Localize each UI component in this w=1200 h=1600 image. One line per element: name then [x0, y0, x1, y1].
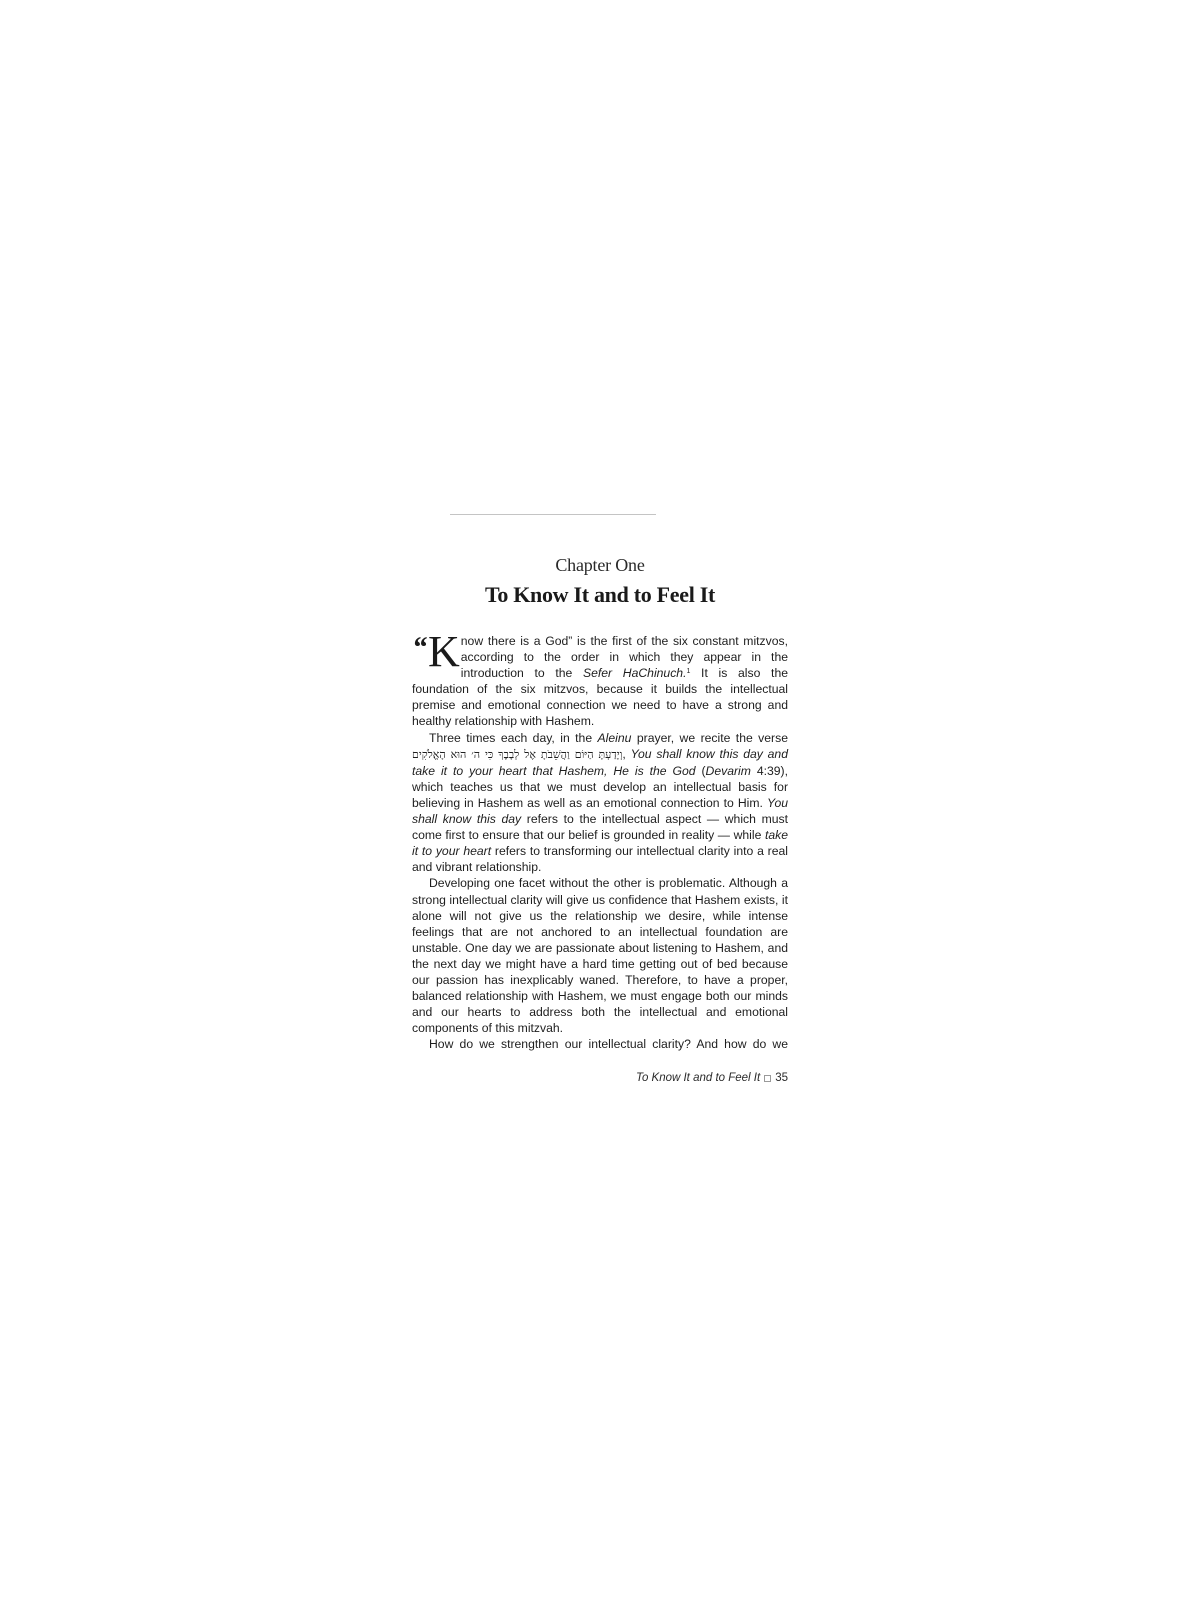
book-title-sefer-hachinuch: Sefer HaChinuch. [583, 666, 687, 680]
drop-cap-quote: “ [412, 635, 427, 661]
drop-cap-letter: K [428, 635, 460, 669]
hebrew-verse: וְיָדַעְתָּ הַיּוֹם וַהֲשֵׁבֹתָ אֶל לְבָ… [412, 748, 622, 761]
book-page: Chapter One To Know It and to Feel It “K… [412, 0, 788, 1600]
p2-text-a: Three times each day, in the [429, 731, 598, 745]
p2-text-c: , [622, 747, 630, 761]
chapter-title: To Know It and to Feel It [412, 582, 788, 608]
paragraph-4: How do we strengthen our intellectual cl… [412, 1036, 788, 1052]
paragraph-2: Three times each day, in the Aleinu pray… [412, 730, 788, 876]
footnote-marker[interactable]: 1 [686, 668, 690, 675]
top-rule-divider [450, 514, 656, 515]
paragraph-3: Developing one facet without the other i… [412, 875, 788, 1036]
page-number: 35 [775, 1072, 788, 1084]
page-footer: To Know It and to Feel It 35 [636, 1072, 788, 1084]
running-title: To Know It and to Feel It [636, 1072, 760, 1084]
drop-cap: “K [412, 635, 460, 667]
source-book-devarim: Devarim [706, 764, 751, 778]
paragraph-1: “K now there is a God” is the first of t… [412, 633, 788, 730]
p2-text-d: ( [696, 764, 706, 778]
square-bullet-icon [764, 1075, 771, 1082]
chapter-label: Chapter One [412, 555, 788, 576]
p2-text-b: prayer, we recite the verse [631, 731, 788, 745]
prayer-name-aleinu: Aleinu [598, 731, 632, 745]
chapter-body: “K now there is a God” is the first of t… [412, 633, 788, 1052]
